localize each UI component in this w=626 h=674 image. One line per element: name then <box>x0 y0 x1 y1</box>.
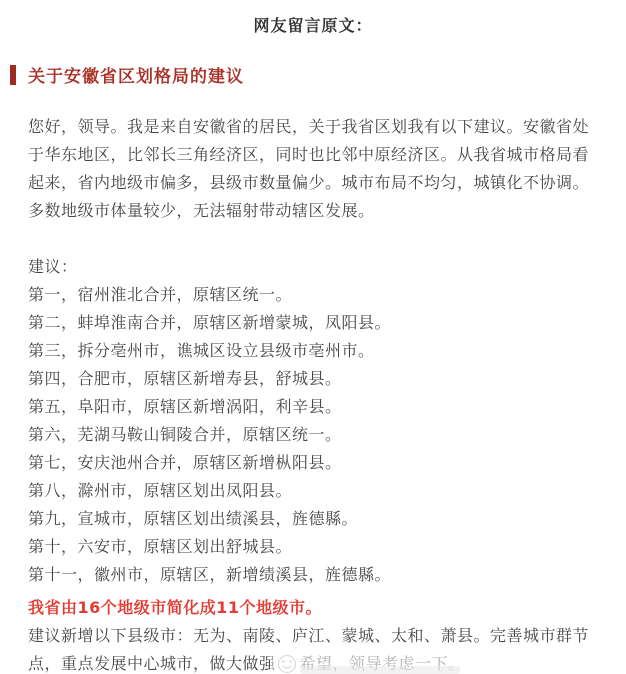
title-accent-bar <box>10 65 16 85</box>
suggestion-item: 第十一，徽州市，原辖区，新增绩溪县，旌德縣。 <box>28 561 598 589</box>
suggestion-item: 第五，阜阳市，原辖区新增涡阳，利辛县。 <box>28 393 598 421</box>
suggestion-item: 第六，芜湖马鞍山铜陵合并，原辖区统一。 <box>28 421 598 449</box>
post-title-row: 关于安徽省区划格局的建议 <box>10 62 626 87</box>
intro-paragraph: 您好，领导。我是来自安徽省的居民，关于我省区划我有以下建议。安徽省处于华东地区，… <box>28 113 598 225</box>
suggestion-item: 第七，安庆池州合并，原辖区新增枞阳县。 <box>28 449 598 477</box>
article-page: 网友留言原文： 关于安徽省区划格局的建议 您好，领导。我是来自安徽省的居民，关于… <box>0 0 626 674</box>
suggestion-item: 第四，合肥市，原辖区新增寿县，舒城县。 <box>28 365 598 393</box>
summary-highlight: 我省由16个地级市简化成11个地级市。 <box>28 594 598 622</box>
suggestion-item: 第一，宿州淮北合并，原辖区统一。 <box>28 281 598 309</box>
suggestion-item: 第三，拆分亳州市，谯城区设立县级市亳州市。 <box>28 337 598 365</box>
post-body: 您好，领导。我是来自安徽省的居民，关于我省区划我有以下建议。安徽省处于华东地区，… <box>0 113 626 674</box>
suggestion-list: 第一，宿州淮北合并，原辖区统一。 第二，蚌埠淮南合并，原辖区新增蒙城，凤阳县。 … <box>28 281 598 589</box>
suggestion-item: 第二，蚌埠淮南合并，原辖区新增蒙城，凤阳县。 <box>28 309 598 337</box>
page-header-label: 网友留言原文： <box>0 0 626 36</box>
post-title: 关于安徽省区划格局的建议 <box>28 62 244 87</box>
suggestion-item: 第十，六安市，原辖区划出舒城县。 <box>28 533 598 561</box>
suggestion-item: 第九，宣城市，原辖区划出绩溪县，旌德縣。 <box>28 505 598 533</box>
suggestions-label: 建议： <box>28 253 598 281</box>
suggestion-item: 第八，滁州市，原辖区划出凤阳县。 <box>28 477 598 505</box>
closing-tail: 希望，领导考虑一下。 <box>300 654 465 673</box>
closing-paragraph: 建议新增以下县级市：无为、南陵、庐江、蒙城、太和、萧县。完善城市群节点，重点发展… <box>28 622 598 674</box>
laughing-face-sticker-icon <box>277 654 297 674</box>
